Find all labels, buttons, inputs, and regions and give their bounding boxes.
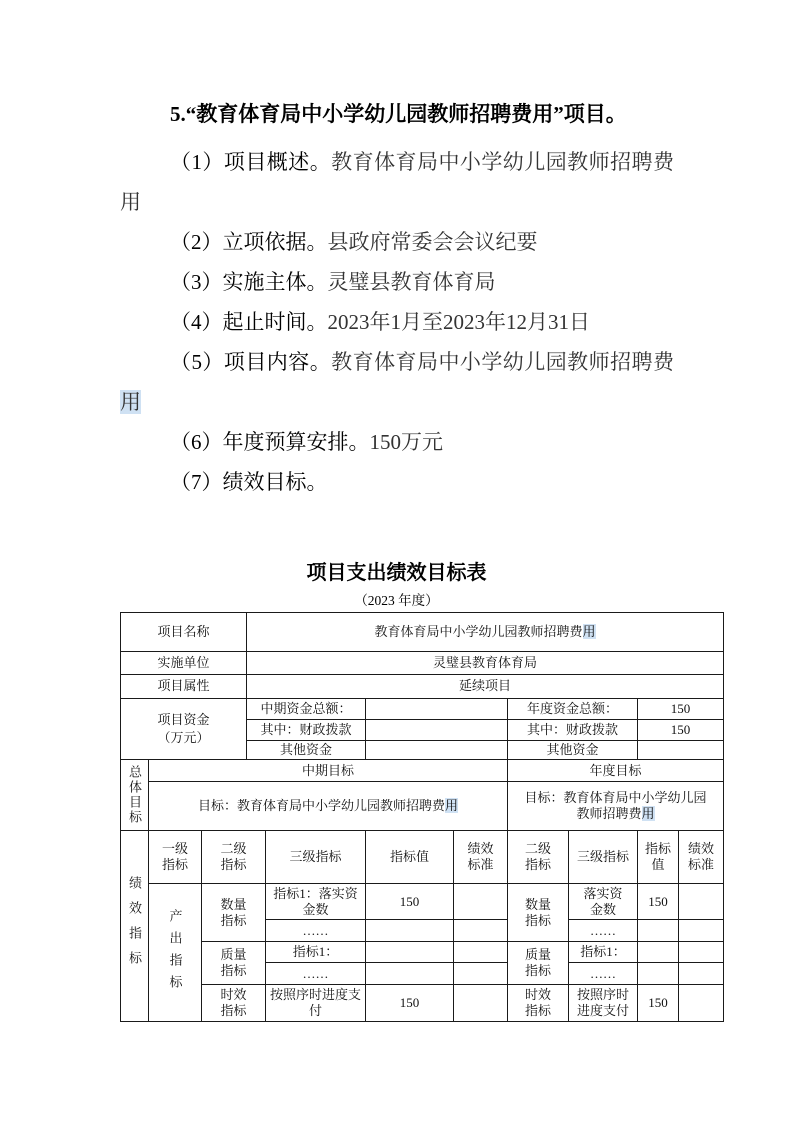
header-level3: 三级指标 — [266, 831, 366, 884]
document-body: 5.“教育体育局中小学幼儿园教师招聘费用”项目。 （1）项目概述。教育体育局中小… — [120, 94, 674, 502]
table-row: 质量 指标 指标1： 质量 指标 指标1： — [121, 942, 724, 963]
project-name-value: 教育体育局中小学幼儿园教师招聘费用 — [247, 613, 724, 652]
empty-cell — [366, 920, 454, 942]
highlighted-char: 用 — [445, 798, 458, 813]
paragraph-text: 灵璧县教育体育局 — [328, 270, 496, 294]
quality-indicator-label: 质量 指标 — [202, 942, 266, 985]
header-value: 指标值 — [366, 831, 454, 884]
mid-other-value — [366, 741, 508, 760]
funding-label-line2: （万元） — [124, 729, 243, 747]
document-page: 5.“教育体育局中小学幼儿园教师招聘费用”项目。 （1）项目概述。教育体育局中小… — [0, 0, 793, 1122]
header-standard-right: 绩效 标准 — [679, 831, 724, 884]
empty-cell — [366, 963, 454, 985]
mid-fiscal-value — [366, 720, 508, 741]
ellipsis-cell: …… — [569, 920, 638, 942]
table-row: 实施单位 灵璧县教育体育局 — [121, 652, 724, 675]
project-name-label: 项目名称 — [121, 613, 247, 652]
paragraph-text: 教育体育局中小学幼儿园教师招聘费 — [331, 350, 674, 374]
quantity-indicator-name: 指标1：落实资金数 — [266, 884, 366, 920]
mid-goal-header: 中期目标 — [149, 760, 508, 782]
table-row: 总体目标 中期目标 年度目标 — [121, 760, 724, 782]
header-level3-right: 三级指标 — [569, 831, 638, 884]
paragraph-text: 县政府常委会会议纪要 — [328, 230, 538, 254]
timeliness-indicator-label: 时效 指标 — [202, 985, 266, 1022]
paragraph-overview: （1）项目概述。教育体育局中小学幼儿园教师招聘费用 — [120, 142, 674, 222]
header-standard: 绩效 标准 — [454, 831, 508, 884]
quality-indicator-label-right: 质量 指标 — [508, 942, 569, 985]
ellipsis-cell: …… — [569, 963, 638, 985]
empty-cell — [679, 985, 724, 1022]
mid-goal-text: 目标：教育体育局中小学幼儿园教师招聘费用 — [149, 782, 508, 831]
paragraph-text: 150万元 — [370, 430, 444, 454]
quantity-indicator-name-right: 落实资 金数 — [569, 884, 638, 920]
paragraph-implementer: （3）实施主体。灵璧县教育体育局 — [120, 262, 674, 302]
project-name-text: 教育体育局中小学幼儿园教师招聘费 — [375, 624, 583, 639]
performance-target-table: 项目名称 教育体育局中小学幼儿园教师招聘费用 实施单位 灵璧县教育体育局 项目属… — [120, 612, 724, 1022]
empty-cell — [679, 963, 724, 985]
table-row: 项目资金 （万元） 中期资金总额： 年度资金总额： 150 — [121, 699, 724, 720]
empty-cell — [679, 920, 724, 942]
year-other-label: 其他资金 — [508, 741, 638, 760]
table-row: 项目名称 教育体育局中小学幼儿园教师招聘费用 — [121, 613, 724, 652]
empty-cell — [638, 920, 679, 942]
quality-indicator-name-right: 指标1： — [569, 942, 638, 963]
paragraph-label: （3）实施主体。 — [170, 270, 328, 294]
funding-label: 项目资金 （万元） — [121, 699, 247, 760]
header-value-right: 指标 值 — [638, 831, 679, 884]
table-row: 目标：教育体育局中小学幼儿园教师招聘费用 目标：教育体育局中小学幼儿园 教师招聘… — [121, 782, 724, 831]
project-attr-label: 项目属性 — [121, 675, 247, 699]
empty-cell — [454, 942, 508, 963]
quantity-indicator-value-right: 150 — [638, 884, 679, 920]
project-heading: 5.“教育体育局中小学幼儿园教师招聘费用”项目。 — [120, 94, 674, 134]
year-other-value — [638, 741, 724, 760]
paragraph-text: 2023年1月至2023年12月31日 — [328, 310, 591, 334]
table-title: 项目支出绩效目标表 — [0, 556, 793, 585]
mid-other-label: 其他资金 — [247, 741, 366, 760]
overall-goal-side-label: 总体目标 — [121, 760, 149, 831]
year-goal-header: 年度目标 — [508, 760, 724, 782]
timeliness-indicator-value: 150 — [366, 985, 454, 1022]
project-attr-value: 延续项目 — [247, 675, 724, 699]
table-subtitle: （2023 年度） — [0, 589, 793, 609]
paragraph-label: （4）起止时间。 — [170, 310, 328, 334]
empty-cell — [454, 963, 508, 985]
empty-cell — [679, 942, 724, 963]
implement-unit-label: 实施单位 — [121, 652, 247, 675]
paragraph-label: （6）年度预算安排。 — [170, 430, 370, 454]
paragraph-performance: （7）绩效目标。 — [120, 462, 674, 502]
quality-indicator-name: 指标1： — [266, 942, 366, 963]
mid-fiscal-label: 其中：财政拨款 — [247, 720, 366, 741]
quantity-indicator-label-right: 数量 指标 — [508, 884, 569, 942]
empty-cell — [366, 942, 454, 963]
year-fiscal-label: 其中：财政拨款 — [508, 720, 638, 741]
timeliness-indicator-value-right: 150 — [638, 985, 679, 1022]
quantity-standard — [454, 884, 508, 920]
paragraph-label: （5）项目内容。 — [170, 350, 331, 374]
timeliness-indicator-name-right: 按照序时 进度支付 — [569, 985, 638, 1022]
funding-label-line1: 项目资金 — [124, 711, 243, 729]
ellipsis-cell: …… — [266, 963, 366, 985]
empty-cell — [638, 963, 679, 985]
quantity-indicator-label: 数量 指标 — [202, 884, 266, 942]
paragraph-duration: （4）起止时间。2023年1月至2023年12月31日 — [120, 302, 674, 342]
year-total-label: 年度资金总额： — [508, 699, 638, 720]
empty-cell — [638, 942, 679, 963]
highlighted-char: 用 — [642, 806, 655, 821]
empty-cell — [454, 920, 508, 942]
paragraph-label: （1）项目概述。 — [170, 150, 331, 174]
implement-unit-value: 灵璧县教育体育局 — [247, 652, 724, 675]
timeliness-indicator-name: 按照序时进度支付 — [266, 985, 366, 1022]
header-level2: 二级 指标 — [202, 831, 266, 884]
quantity-standard-right — [679, 884, 724, 920]
mid-total-value — [366, 699, 508, 720]
ellipsis-cell: …… — [266, 920, 366, 942]
output-indicator-label: 产出指标 — [149, 884, 202, 1022]
year-total-value: 150 — [638, 699, 724, 720]
paragraph-label: （2）立项依据。 — [170, 230, 328, 254]
highlighted-char: 用 — [120, 390, 141, 414]
header-level2-right: 二级 指标 — [508, 831, 569, 884]
highlighted-char: 用 — [583, 624, 596, 639]
quantity-indicator-value: 150 — [366, 884, 454, 920]
timeliness-indicator-label-right: 时效 指标 — [508, 985, 569, 1022]
year-fiscal-value: 150 — [638, 720, 724, 741]
table-row: 绩效指标 一级 指标 二级 指标 三级指标 指标值 绩效 标准 二级 指标 三级… — [121, 831, 724, 884]
year-goal-text: 目标：教育体育局中小学幼儿园 教师招聘费用 — [508, 782, 724, 831]
table-row: 时效 指标 按照序时进度支付 150 时效 指标 按照序时 进度支付 150 — [121, 985, 724, 1022]
paragraph-budget: （6）年度预算安排。150万元 — [120, 422, 674, 462]
paragraph-basis: （2）立项依据。县政府常委会会议纪要 — [120, 222, 674, 262]
empty-cell — [454, 985, 508, 1022]
paragraph-label: （7）绩效目标。 — [170, 470, 328, 494]
table-row: 产出指标 数量 指标 指标1：落实资金数 150 数量 指标 落实资 金数 15… — [121, 884, 724, 920]
header-level1: 一级 指标 — [149, 831, 202, 884]
performance-indicator-side-label: 绩效指标 — [121, 831, 149, 1022]
mid-total-label: 中期资金总额： — [247, 699, 366, 720]
table-row: 项目属性 延续项目 — [121, 675, 724, 699]
paragraph-content: （5）项目内容。教育体育局中小学幼儿园教师招聘费用 — [120, 342, 674, 422]
